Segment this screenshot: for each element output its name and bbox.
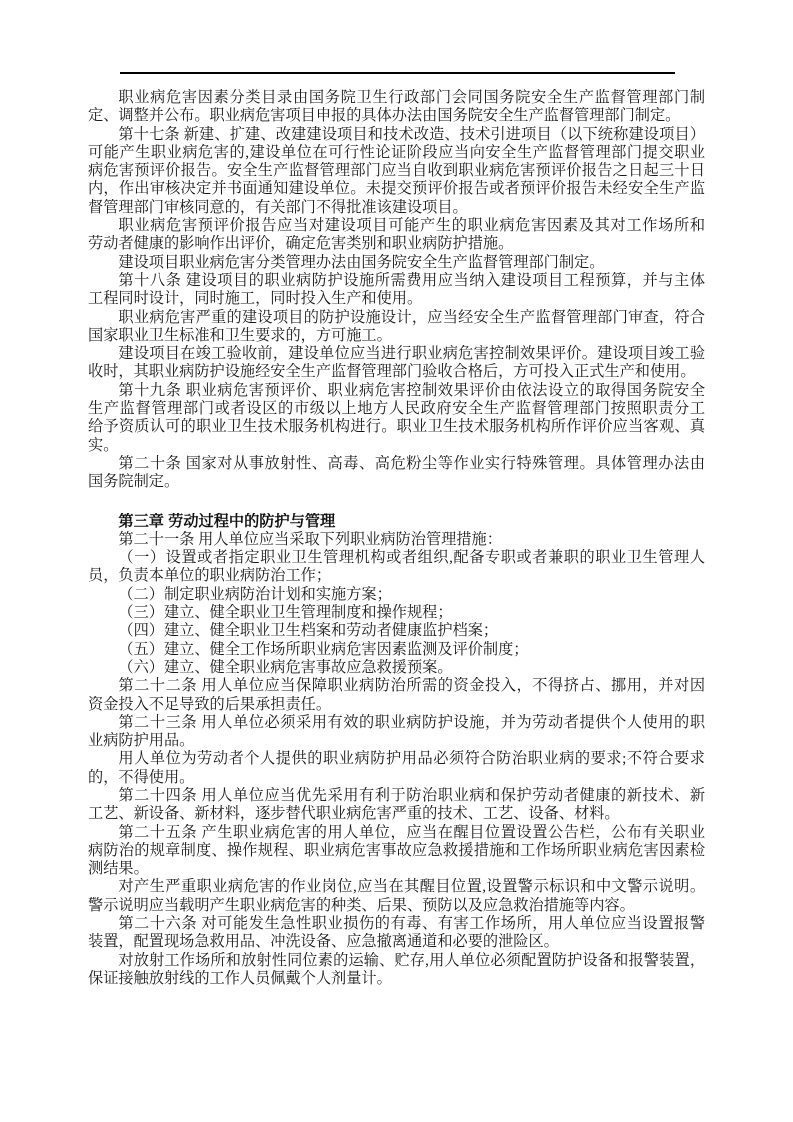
text-line: 第十八条 建设项目的职业病防护设施所需费用应当纳入建设项目工程预算，并与主体 xyxy=(88,272,705,290)
paragraph: 第二十五条 产生职业病危害的用人单位，应当在醒目位置设置公告栏，公布有关职业病防… xyxy=(88,824,705,879)
paragraph: 对放射工作场所和放射性同位素的运输、贮存,用人单位必须配置防护设备和报警装置，保… xyxy=(88,952,705,989)
text-line: 警示说明应当载明产生职业病危害的种类、后果、预防以及应急救治措施等内容。 xyxy=(88,897,705,915)
text-line: 第三章 劳动过程中的防护与管理 xyxy=(88,513,705,531)
text-line: 职业病危害因素分类目录由国务院卫生行政部门会同国务院安全生产监督管理部门制 xyxy=(88,89,705,107)
text-line: 装置，配置现场急救用品、冲洗设备、应急撤离通道和必要的泄险区。 xyxy=(88,933,705,951)
text-line: 工程同时设计，同时施工，同时投入生产和使用。 xyxy=(88,290,705,308)
text-line: 第二十四条 用人单位应当优先采用有利于防治职业病和保护劳动者健康的新技术、新 xyxy=(88,787,705,805)
text-line: 第十九条 职业病危害预评价、职业病危害控制效果评价由依法设立的取得国务院安全 xyxy=(88,382,705,400)
text-line: 职业病危害严重的建设项目的防护设施设计，应当经安全生产监督管理部门审查，符合 xyxy=(88,309,705,327)
text-line: 给予资质认可的职业卫生技术服务机构进行。职业卫生技术服务机构所作评价应当客观、真 xyxy=(88,418,705,436)
text-line: 第二十三条 用人单位必须采用有效的职业病防护设施，并为劳动者提供个人使用的职 xyxy=(88,714,705,732)
chapter-heading: 第三章 劳动过程中的防护与管理 xyxy=(88,513,705,531)
text-line: 第二十六条 对可能发生急性职业损伤的有毒、有害工作场所，用人单位应当设置报警 xyxy=(88,915,705,933)
paragraph: 对产生严重职业病危害的作业岗位,应当在其醒目位置,设置警示标识和中文警示说明。警… xyxy=(88,878,705,915)
paragraph: 第二十条 国家对从事放射性、高毒、高危粉尘等作业实行特殊管理。具体管理办法由国务… xyxy=(88,455,705,492)
text-line: 定、调整并公布。职业病危害项目申报的具体办法由国务院安全生产监督管理部门制定。 xyxy=(88,107,705,125)
text-line: 病危害预评价报告。安全生产监督管理部门应当自收到职业病危害预评价报告之日起三十日 xyxy=(88,162,705,180)
text-line: 第二十一条 用人单位应当采取下列职业病防治管理措施： xyxy=(88,531,705,549)
text-line: 业病防护用品。 xyxy=(88,732,705,750)
text-line: 职业病危害预评价报告应当对建设项目可能产生的职业病危害因素及其对工作场所和 xyxy=(88,217,705,235)
text-line: （三）建立、健全职业卫生管理制度和操作规程； xyxy=(88,604,705,622)
text-line: 对放射工作场所和放射性同位素的运输、贮存,用人单位必须配置防护设备和报警装置， xyxy=(88,952,705,970)
text-line: （五）建立、健全工作场所职业病危害因素监测及评价制度； xyxy=(88,641,705,659)
paragraph: 建设项目在竣工验收前，建设单位应当进行职业病危害控制效果评价。建设项目竣工验收时… xyxy=(88,345,705,382)
text-line: 劳动者健康的影响作出评价，确定危害类别和职业病防护措施。 xyxy=(88,235,705,253)
paragraph: 第十九条 职业病危害预评价、职业病危害控制效果评价由依法设立的取得国务院安全生产… xyxy=(88,382,705,455)
paragraph: 职业病危害预评价报告应当对建设项目可能产生的职业病危害因素及其对工作场所和劳动者… xyxy=(88,217,705,254)
text-line: 国家职业卫生标准和卫生要求的，方可施工。 xyxy=(88,327,705,345)
text-line: 的，不得使用。 xyxy=(88,769,705,787)
paragraph: 第二十六条 对可能发生急性职业损伤的有毒、有害工作场所，用人单位应当设置报警装置… xyxy=(88,915,705,952)
text-line: 第十七条 新建、扩建、改建建设项目和技术改造、技术引进项目（以下统称建设项目） xyxy=(88,126,705,144)
text-line: 测结果。 xyxy=(88,860,705,878)
text-line: 国务院制定。 xyxy=(88,473,705,491)
text-line: 员，负责本单位的职业病防治工作； xyxy=(88,567,705,585)
document-page: 职业病危害因素分类目录由国务院卫生行政部门会同国务院安全生产监督管理部门制定、调… xyxy=(0,0,793,1122)
text-line: 第二十条 国家对从事放射性、高毒、高危粉尘等作业实行特殊管理。具体管理办法由 xyxy=(88,455,705,473)
paragraph: （五）建立、健全工作场所职业病危害因素监测及评价制度； xyxy=(88,641,705,659)
paragraph: 职业病危害严重的建设项目的防护设施设计，应当经安全生产监督管理部门审查，符合国家… xyxy=(88,309,705,346)
text-line: （一）设置或者指定职业卫生管理机构或者组织,配备专职或者兼职的职业卫生管理人 xyxy=(88,549,705,567)
text-line: 生产监督管理部门或者设区的市级以上地方人民政府安全生产监督管理部门按照职责分工 xyxy=(88,400,705,418)
text-line: 督管理部门审核同意的，有关部门不得批准该建设项目。 xyxy=(88,199,705,217)
header-rule xyxy=(120,72,675,74)
paragraph: （三）建立、健全职业卫生管理制度和操作规程； xyxy=(88,604,705,622)
paragraph: 第二十二条 用人单位应当保障职业病防治所需的资金投入，不得挤占、挪用，并对因资金… xyxy=(88,677,705,714)
text-line: 收时，其职业病防护设施经安全生产监督管理部门验收合格后，方可投入正式生产和使用。 xyxy=(88,363,705,381)
paragraph: 建设项目职业病危害分类管理办法由国务院安全生产监督管理部门制定。 xyxy=(88,254,705,272)
text-line: （六）建立、健全职业病危害事故应急救援预案。 xyxy=(88,659,705,677)
paragraph: 第二十四条 用人单位应当优先采用有利于防治职业病和保护劳动者健康的新技术、新工艺… xyxy=(88,787,705,824)
paragraph: 用人单位为劳动者个人提供的职业病防护用品必须符合防治职业病的要求;不符合要求的，… xyxy=(88,750,705,787)
paragraph: 第二十三条 用人单位必须采用有效的职业病防护设施，并为劳动者提供个人使用的职业病… xyxy=(88,714,705,751)
text-line: 工艺、新设备、新材料，逐步替代职业病危害严重的技术、工艺、设备、材料。 xyxy=(88,805,705,823)
text-line: 第二十二条 用人单位应当保障职业病防治所需的资金投入，不得挤占、挪用，并对因 xyxy=(88,677,705,695)
paragraph: 第十八条 建设项目的职业病防护设施所需费用应当纳入建设项目工程预算，并与主体工程… xyxy=(88,272,705,309)
text-line: 内，作出审核决定并书面通知建设单位。未提交预评价报告或者预评价报告未经安全生产监 xyxy=(88,180,705,198)
paragraph: （二）制定职业病防治计划和实施方案； xyxy=(88,586,705,604)
text-line: 实。 xyxy=(88,437,705,455)
text-line: 保证接触放射线的工作人员佩戴个人剂量计。 xyxy=(88,970,705,988)
text-line: 建设项目在竣工验收前，建设单位应当进行职业病危害控制效果评价。建设项目竣工验 xyxy=(88,345,705,363)
paragraph: 第二十一条 用人单位应当采取下列职业病防治管理措施： xyxy=(88,531,705,549)
paragraph: （四）建立、健全职业卫生档案和劳动者健康监护档案； xyxy=(88,622,705,640)
text-line: 第二十五条 产生职业病危害的用人单位，应当在醒目位置设置公告栏，公布有关职业 xyxy=(88,824,705,842)
text-line: 对产生严重职业病危害的作业岗位,应当在其醒目位置,设置警示标识和中文警示说明。 xyxy=(88,878,705,896)
document-body: 职业病危害因素分类目录由国务院卫生行政部门会同国务院安全生产监督管理部门制定、调… xyxy=(88,89,705,988)
paragraph: （一）设置或者指定职业卫生管理机构或者组织,配备专职或者兼职的职业卫生管理人员，… xyxy=(88,549,705,586)
text-line: 资金投入不足导致的后果承担责任。 xyxy=(88,696,705,714)
text-line: 用人单位为劳动者个人提供的职业病防护用品必须符合防治职业病的要求;不符合要求 xyxy=(88,750,705,768)
text-line: 建设项目职业病危害分类管理办法由国务院安全生产监督管理部门制定。 xyxy=(88,254,705,272)
paragraph: 第十七条 新建、扩建、改建建设项目和技术改造、技术引进项目（以下统称建设项目）可… xyxy=(88,126,705,217)
paragraph: 职业病危害因素分类目录由国务院卫生行政部门会同国务院安全生产监督管理部门制定、调… xyxy=(88,89,705,126)
text-line: 可能产生职业病危害的,建设单位在可行性论证阶段应当向安全生产监督管理部门提交职业 xyxy=(88,144,705,162)
text-line: 病防治的规章制度、操作规程、职业病危害事故应急救援措施和工作场所职业病危害因素检 xyxy=(88,842,705,860)
paragraph: （六）建立、健全职业病危害事故应急救援预案。 xyxy=(88,659,705,677)
text-line: （二）制定职业病防治计划和实施方案； xyxy=(88,586,705,604)
text-line: （四）建立、健全职业卫生档案和劳动者健康监护档案； xyxy=(88,622,705,640)
